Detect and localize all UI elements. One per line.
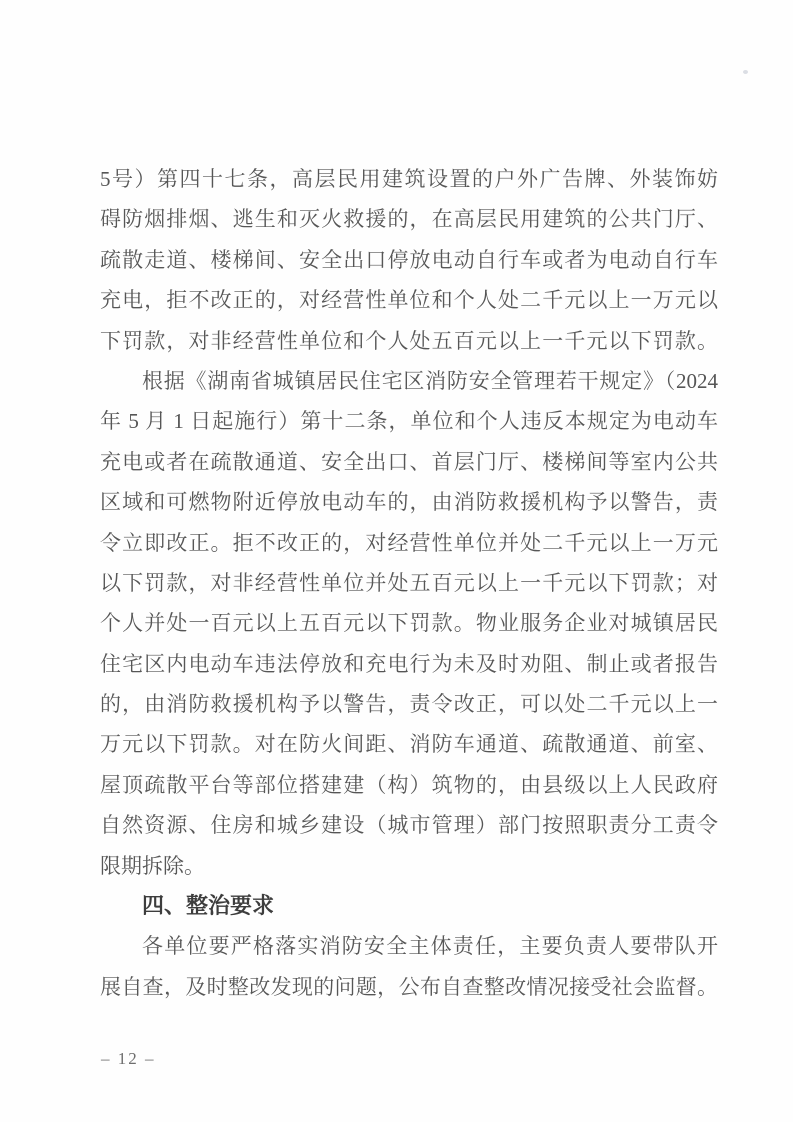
text-line: 年 5 月 1 日起施行）第十二条，单位和个人违反本规定为电动车 [100, 401, 718, 441]
text-line: 限期拆除。 [100, 846, 718, 886]
document-page: 5号）第四十七条，高层民用建筑设置的户外广告牌、外装饰妨碍防烟排烟、逃生和灭火救… [0, 0, 793, 1122]
text-line: 5号）第四十七条，高层民用建筑设置的户外广告牌、外装饰妨 [100, 159, 718, 199]
text-line: 疏散走道、楼梯间、安全出口停放电动自行车或者为电动自行车 [100, 240, 718, 280]
text-line: 充电或者在疏散通道、安全出口、首层门厅、楼梯间等室内公共 [100, 442, 718, 482]
text-line: 碍防烟排烟、逃生和灭火救援的，在高层民用建筑的公共门厅、 [100, 199, 718, 239]
text-line: 充电，拒不改正的，对经营性单位和个人处二千元以上一万元以 [100, 280, 718, 320]
text-line: 万元以下罚款。对在防火间距、消防车通道、疏散通道、前室、 [100, 724, 718, 764]
page-number: – 12 – [101, 1047, 156, 1071]
text-line: 区域和可燃物附近停放电动车的，由消防救援机构予以警告，责 [100, 482, 718, 522]
text-line: 住宅区内电动车违法停放和充电行为未及时劝阻、制止或者报告 [100, 644, 718, 684]
text-line: 以下罚款，对非经营性单位并处五百元以上一千元以下罚款；对 [100, 563, 718, 603]
text-line: 个人并处一百元以上五百元以下罚款。物业服务企业对城镇居民 [100, 603, 718, 643]
text-line: 下罚款，对非经营性单位和个人处五百元以上一千元以下罚款。 [100, 321, 718, 361]
text-line: 各单位要严格落实消防安全主体责任，主要负责人要带队开 [100, 926, 718, 966]
section-heading: 四、整治要求 [100, 886, 718, 926]
document-body: 5号）第四十七条，高层民用建筑设置的户外广告牌、外装饰妨碍防烟排烟、逃生和灭火救… [100, 159, 718, 1007]
text-line: 展自查，及时整改发现的问题，公布自查整改情况接受社会监督。 [100, 967, 718, 1007]
scan-artifact [743, 70, 748, 74]
text-line: 的，由消防救援机构予以警告，责令改正，可以处二千元以上一 [100, 684, 718, 724]
text-line: 令立即改正。拒不改正的，对经营性单位并处二千元以上一万元 [100, 523, 718, 563]
text-line: 屋顶疏散平台等部位搭建建（构）筑物的，由县级以上人民政府 [100, 765, 718, 805]
text-line: 根据《湖南省城镇居民住宅区消防安全管理若干规定》（2024 [100, 361, 718, 401]
text-line: 自然资源、住房和城乡建设（城市管理）部门按照职责分工责令 [100, 805, 718, 845]
